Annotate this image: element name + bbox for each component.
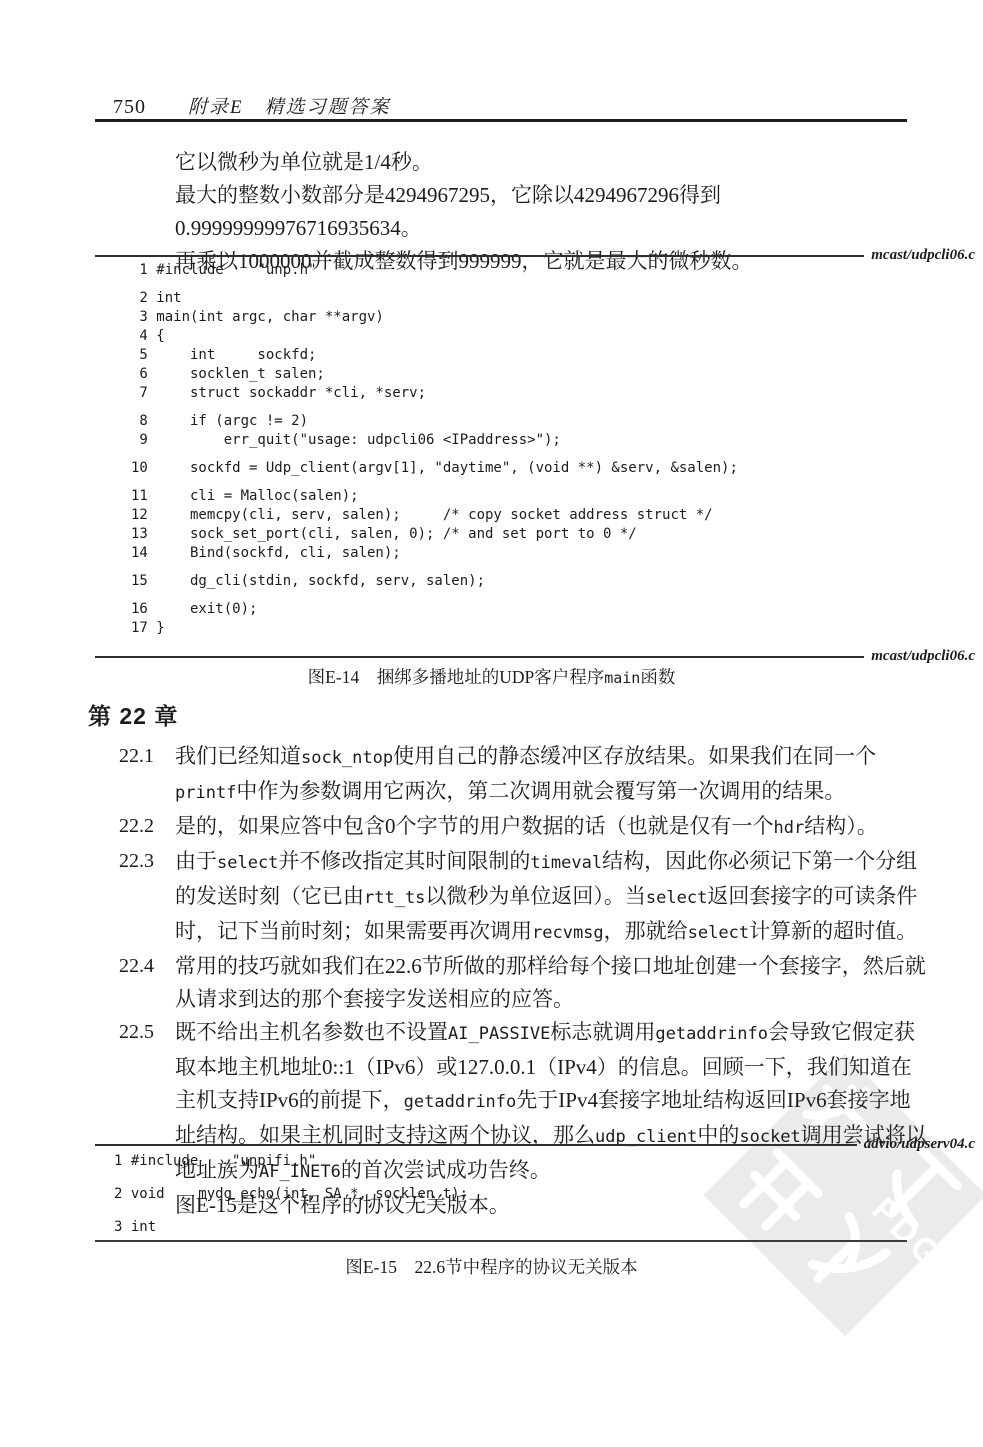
rule-line <box>95 1144 857 1146</box>
figure-e14-caption: 图E-14 捆绑多播地址的UDP客户程序main函数 <box>0 664 983 689</box>
answer-paragraph: 常用的技巧就如我们在22.6节所做的那样给每个接口地址创建一个套接字，然后就从请… <box>175 950 931 1016</box>
page-content: 750 附录E 精选习题答案 它以微秒为单位就是1/4秒。 最大的整数小数部分是… <box>0 0 983 1447</box>
code-listing-udpserv04: 1 #include "unpifi.h"2 void mydg_echo(in… <box>114 1152 468 1237</box>
listing1-filename-bottom: mcast/udpcli06.c <box>871 648 975 665</box>
code-listing-udpcli06: 1 #include "unp.h" 2 int 3 main(int argc… <box>131 261 738 638</box>
answer-22-4: 22.4 常用的技巧就如我们在22.6节所做的那样给每个接口地址创建一个套接字，… <box>119 950 931 1016</box>
book-page-scan: PDG 750 附录E 精选习题答案 它以微秒为单位就是1/4秒。 最大的整数小… <box>0 0 983 1447</box>
answer-paragraph: 我们已经知道sock_ntop使用自己的静态缓冲区存放结果。如果我们在同一个pr… <box>175 740 931 810</box>
answer-22-2: 22.2 是的，如果应答中包含0个字节的用户数据的话（也就是仅有一个hdr结构）… <box>119 810 931 845</box>
listing2-top-rule: advio/udpserv04.c <box>95 1136 975 1153</box>
answer-number: 22.1 <box>119 740 175 773</box>
listing2-bottom-rule <box>95 1240 907 1242</box>
answer-paragraph: 由于select并不修改指定其时间限制的timeval结构，因此你必须记下第一个… <box>175 845 931 950</box>
answer-body: 我们已经知道sock_ntop使用自己的静态缓冲区存放结果。如果我们在同一个pr… <box>175 740 931 810</box>
answer-paragraph: 是的，如果应答中包含0个字节的用户数据的话（也就是仅有一个hdr结构）。 <box>175 810 931 845</box>
listing2-filename-top: advio/udpserv04.c <box>864 1136 975 1153</box>
page-number: 750 <box>113 96 146 118</box>
running-head: 750 附录E 精选习题答案 <box>113 92 391 119</box>
rule-line <box>95 255 864 257</box>
answer-number: 22.5 <box>119 1016 175 1049</box>
intro-line: 最大的整数小数部分是4294967295，它除以4294967296得到0.99… <box>175 179 933 245</box>
listing1-bottom-rule: mcast/udpcli06.c <box>95 648 975 665</box>
answer-number: 22.4 <box>119 950 175 983</box>
answer-body: 常用的技巧就如我们在22.6节所做的那样给每个接口地址创建一个套接字，然后就从请… <box>175 950 931 1016</box>
chapter-22-heading: 第 22 章 <box>88 698 178 731</box>
figure-e15-caption: 图E-15 22.6节中程序的协议无关版本 <box>0 1254 983 1279</box>
header-rule <box>95 119 907 122</box>
intro-line: 它以微秒为单位就是1/4秒。 <box>175 146 933 179</box>
answer-22-1: 22.1 我们已经知道sock_ntop使用自己的静态缓冲区存放结果。如果我们在… <box>119 740 931 810</box>
answer-22-3: 22.3 由于select并不修改指定其时间限制的timeval结构，因此你必须… <box>119 845 931 950</box>
answer-body: 由于select并不修改指定其时间限制的timeval结构，因此你必须记下第一个… <box>175 845 931 950</box>
listing1-filename-top: mcast/udpcli06.c <box>871 247 975 264</box>
rule-line <box>95 656 864 658</box>
answer-body: 是的，如果应答中包含0个字节的用户数据的话（也就是仅有一个hdr结构）。 <box>175 810 931 845</box>
answer-number: 22.2 <box>119 810 175 843</box>
answer-number: 22.3 <box>119 845 175 878</box>
running-head-title: 附录E 精选习题答案 <box>188 97 391 118</box>
